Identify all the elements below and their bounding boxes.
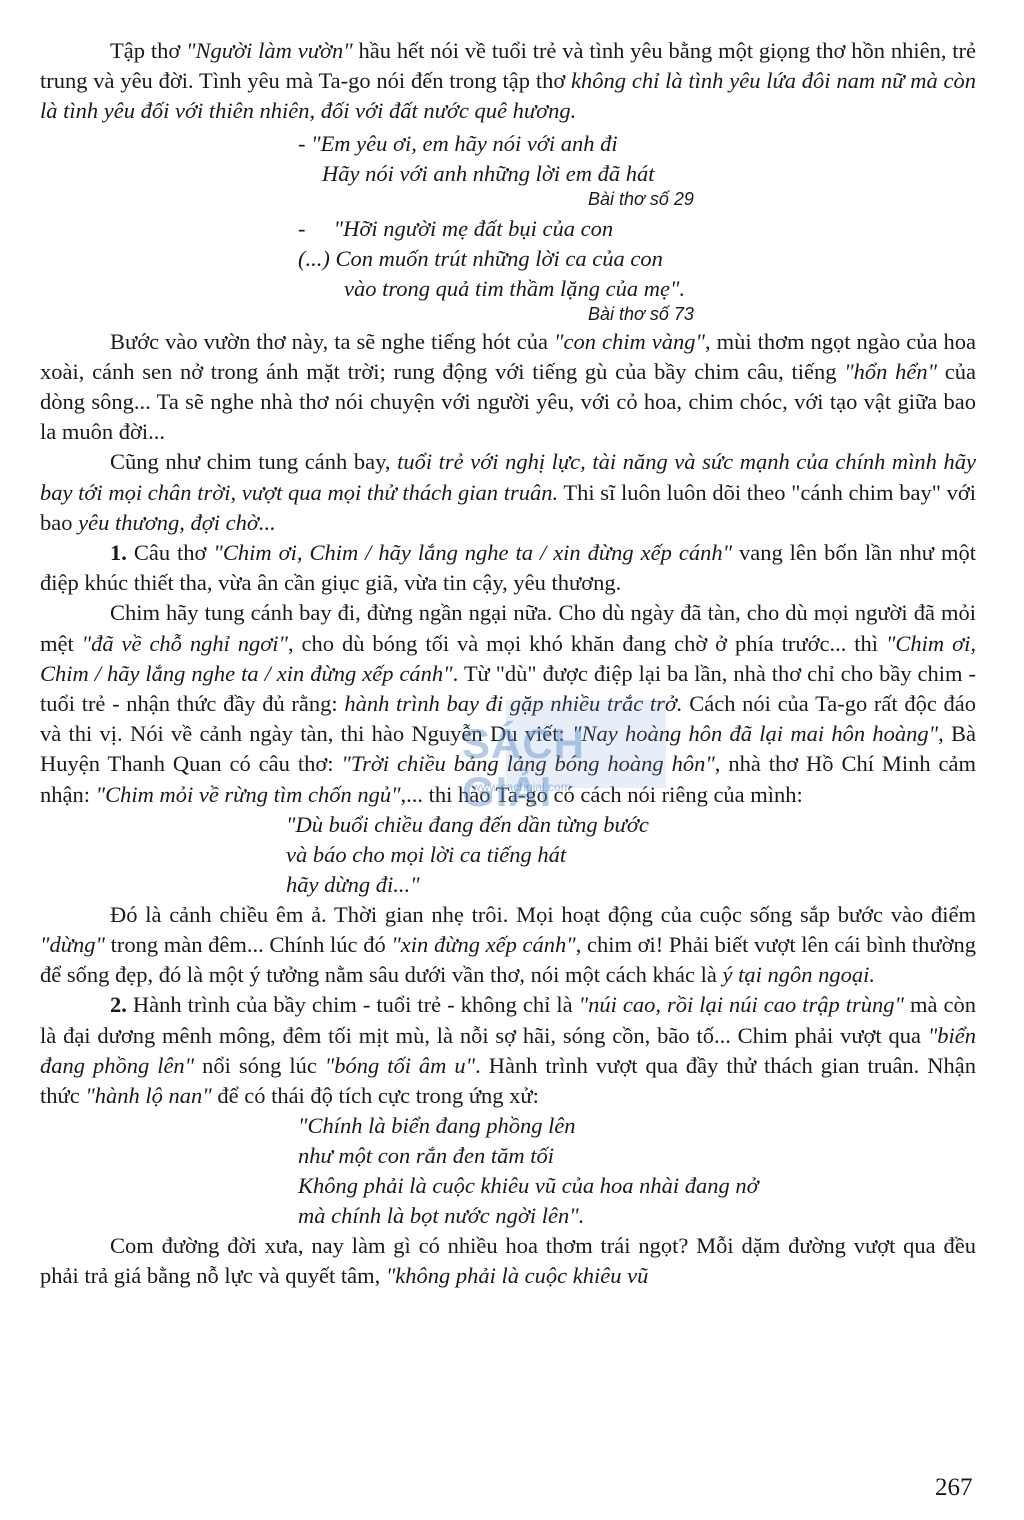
text: ,... thi hào Ta-go có cách nói riêng của… [401, 782, 803, 807]
poem-caption: Bài thơ số 29 [588, 189, 976, 210]
paragraph-section-1: 1. Câu thơ "Chim ơi, Chim / hãy lắng ngh… [40, 538, 976, 598]
text: Bước vào vườn thơ này, ta sẽ nghe tiếng … [110, 329, 554, 354]
quote: "Nay hoàng hôn đã lại mai hôn hoàng" [572, 721, 938, 746]
quote: "con chim vàng" [554, 329, 705, 354]
paragraph-evening: Đó là cảnh chiều êm ả. Thời gian nhẹ trô… [40, 900, 976, 991]
emphasis: ý tại ngôn ngoại. [722, 962, 875, 987]
verse-line: và báo cho mọi lời ca tiếng hát [286, 840, 976, 870]
quote: "xin đừng xếp cánh" [391, 932, 575, 957]
quote: "hành lộ nan" [85, 1083, 211, 1108]
book-title: "Người làm vườn" [186, 38, 353, 63]
paragraph-intro: Tập thơ "Người làm vườn" hầu hết nói về … [40, 36, 976, 127]
poem-caption: Bài thơ số 73 [588, 304, 976, 325]
paragraph-life-road: Com đường đời xưa, nay làm gì có nhiều h… [40, 1231, 976, 1291]
emphasis: hành trình bay đi gặp nhiều trắc trở. [344, 691, 682, 716]
poem-quote-dusk: "Dù buổi chiều đang đến dần từng bước và… [286, 810, 976, 900]
page-number: 267 [935, 1474, 973, 1502]
quote: "dừng" [40, 932, 105, 957]
verse-line: "Dù buổi chiều đang đến dần từng bước [286, 810, 976, 840]
poem-quote-29: - "Em yêu ơi, em hãy nói với anh đi Hãy … [298, 129, 976, 210]
text: Hành trình của bầy chim - tuổi trẻ - khô… [127, 992, 579, 1017]
text: Tập thơ [110, 38, 186, 63]
text: Đó là cảnh chiều êm ả. Thời gian nhẹ trô… [110, 902, 976, 927]
text: nổi sóng lúc [194, 1053, 325, 1078]
verse-line: (...) Con muốn trút những lời ca của con [298, 244, 976, 274]
paragraph-garden: Bước vào vườn thơ này, ta sẽ nghe tiếng … [40, 327, 976, 448]
book-page: Tập thơ "Người làm vườn" hầu hết nói về … [40, 36, 976, 1292]
poem-quote-sea: "Chính là biển đang phồng lên như một co… [298, 1111, 976, 1231]
text: Cũng như chim tung cánh bay, [110, 449, 397, 474]
verse-line: - "Hỡi người mẹ đất bụi của con [298, 214, 976, 244]
paragraph-fly-on: Chim hãy tung cánh bay đi, đừng ngần ngạ… [40, 598, 976, 809]
verse-line: - "Em yêu ơi, em hãy nói với anh đi [298, 129, 976, 159]
paragraph-section-2: 2. Hành trình của bầy chim - tuổi trẻ - … [40, 990, 976, 1111]
quote: "đã về chỗ nghỉ ngơi" [82, 631, 288, 656]
section-number: 2. [110, 992, 127, 1017]
quote: "núi cao, rồi lại núi cao trập trùng" [579, 992, 904, 1017]
verse-line: như một con rắn đen tăm tối [298, 1141, 976, 1171]
quote: "hổn hển" [844, 359, 937, 384]
quote: "bóng tối âm u" [325, 1053, 475, 1078]
text: , cho dù bóng tối và mọi khó khăn đang c… [288, 631, 886, 656]
quote: "Chim ơi, Chim / hãy lắng nghe ta / xin … [213, 540, 732, 565]
quote: "Chim mỏi về rừng tìm chốn ngủ" [96, 782, 401, 807]
poem-quote-73: - "Hỡi người mẹ đất bụi của con (...) Co… [298, 214, 976, 325]
paragraph-wings: Cũng như chim tung cánh bay, tuổi trẻ vớ… [40, 447, 976, 538]
verse-line: "Chính là biển đang phồng lên [298, 1111, 976, 1141]
text: để có thái độ tích cực trong ứng xử: [212, 1083, 539, 1108]
verse-line: hãy dừng đi..." [286, 870, 976, 900]
section-number: 1. [110, 540, 127, 565]
emphasis: yêu thương, đợi chờ... [78, 510, 276, 535]
quote: "Trời chiều bảng lảng bóng hoàng hôn" [341, 751, 714, 776]
verse-line: Hãy nói với anh những lời em đã hát [322, 159, 976, 189]
quote: "không phải là cuộc khiêu vũ [386, 1263, 649, 1288]
verse-line: vào trong quả tim thầm lặng của mẹ". [344, 274, 976, 304]
text: Câu thơ [127, 540, 214, 565]
verse-line: mà chính là bọt nước ngời lên". [298, 1201, 976, 1231]
verse-line: Không phải là cuộc khiêu vũ của hoa nhài… [298, 1171, 976, 1201]
text: trong màn đêm... Chính lúc đó [105, 932, 391, 957]
